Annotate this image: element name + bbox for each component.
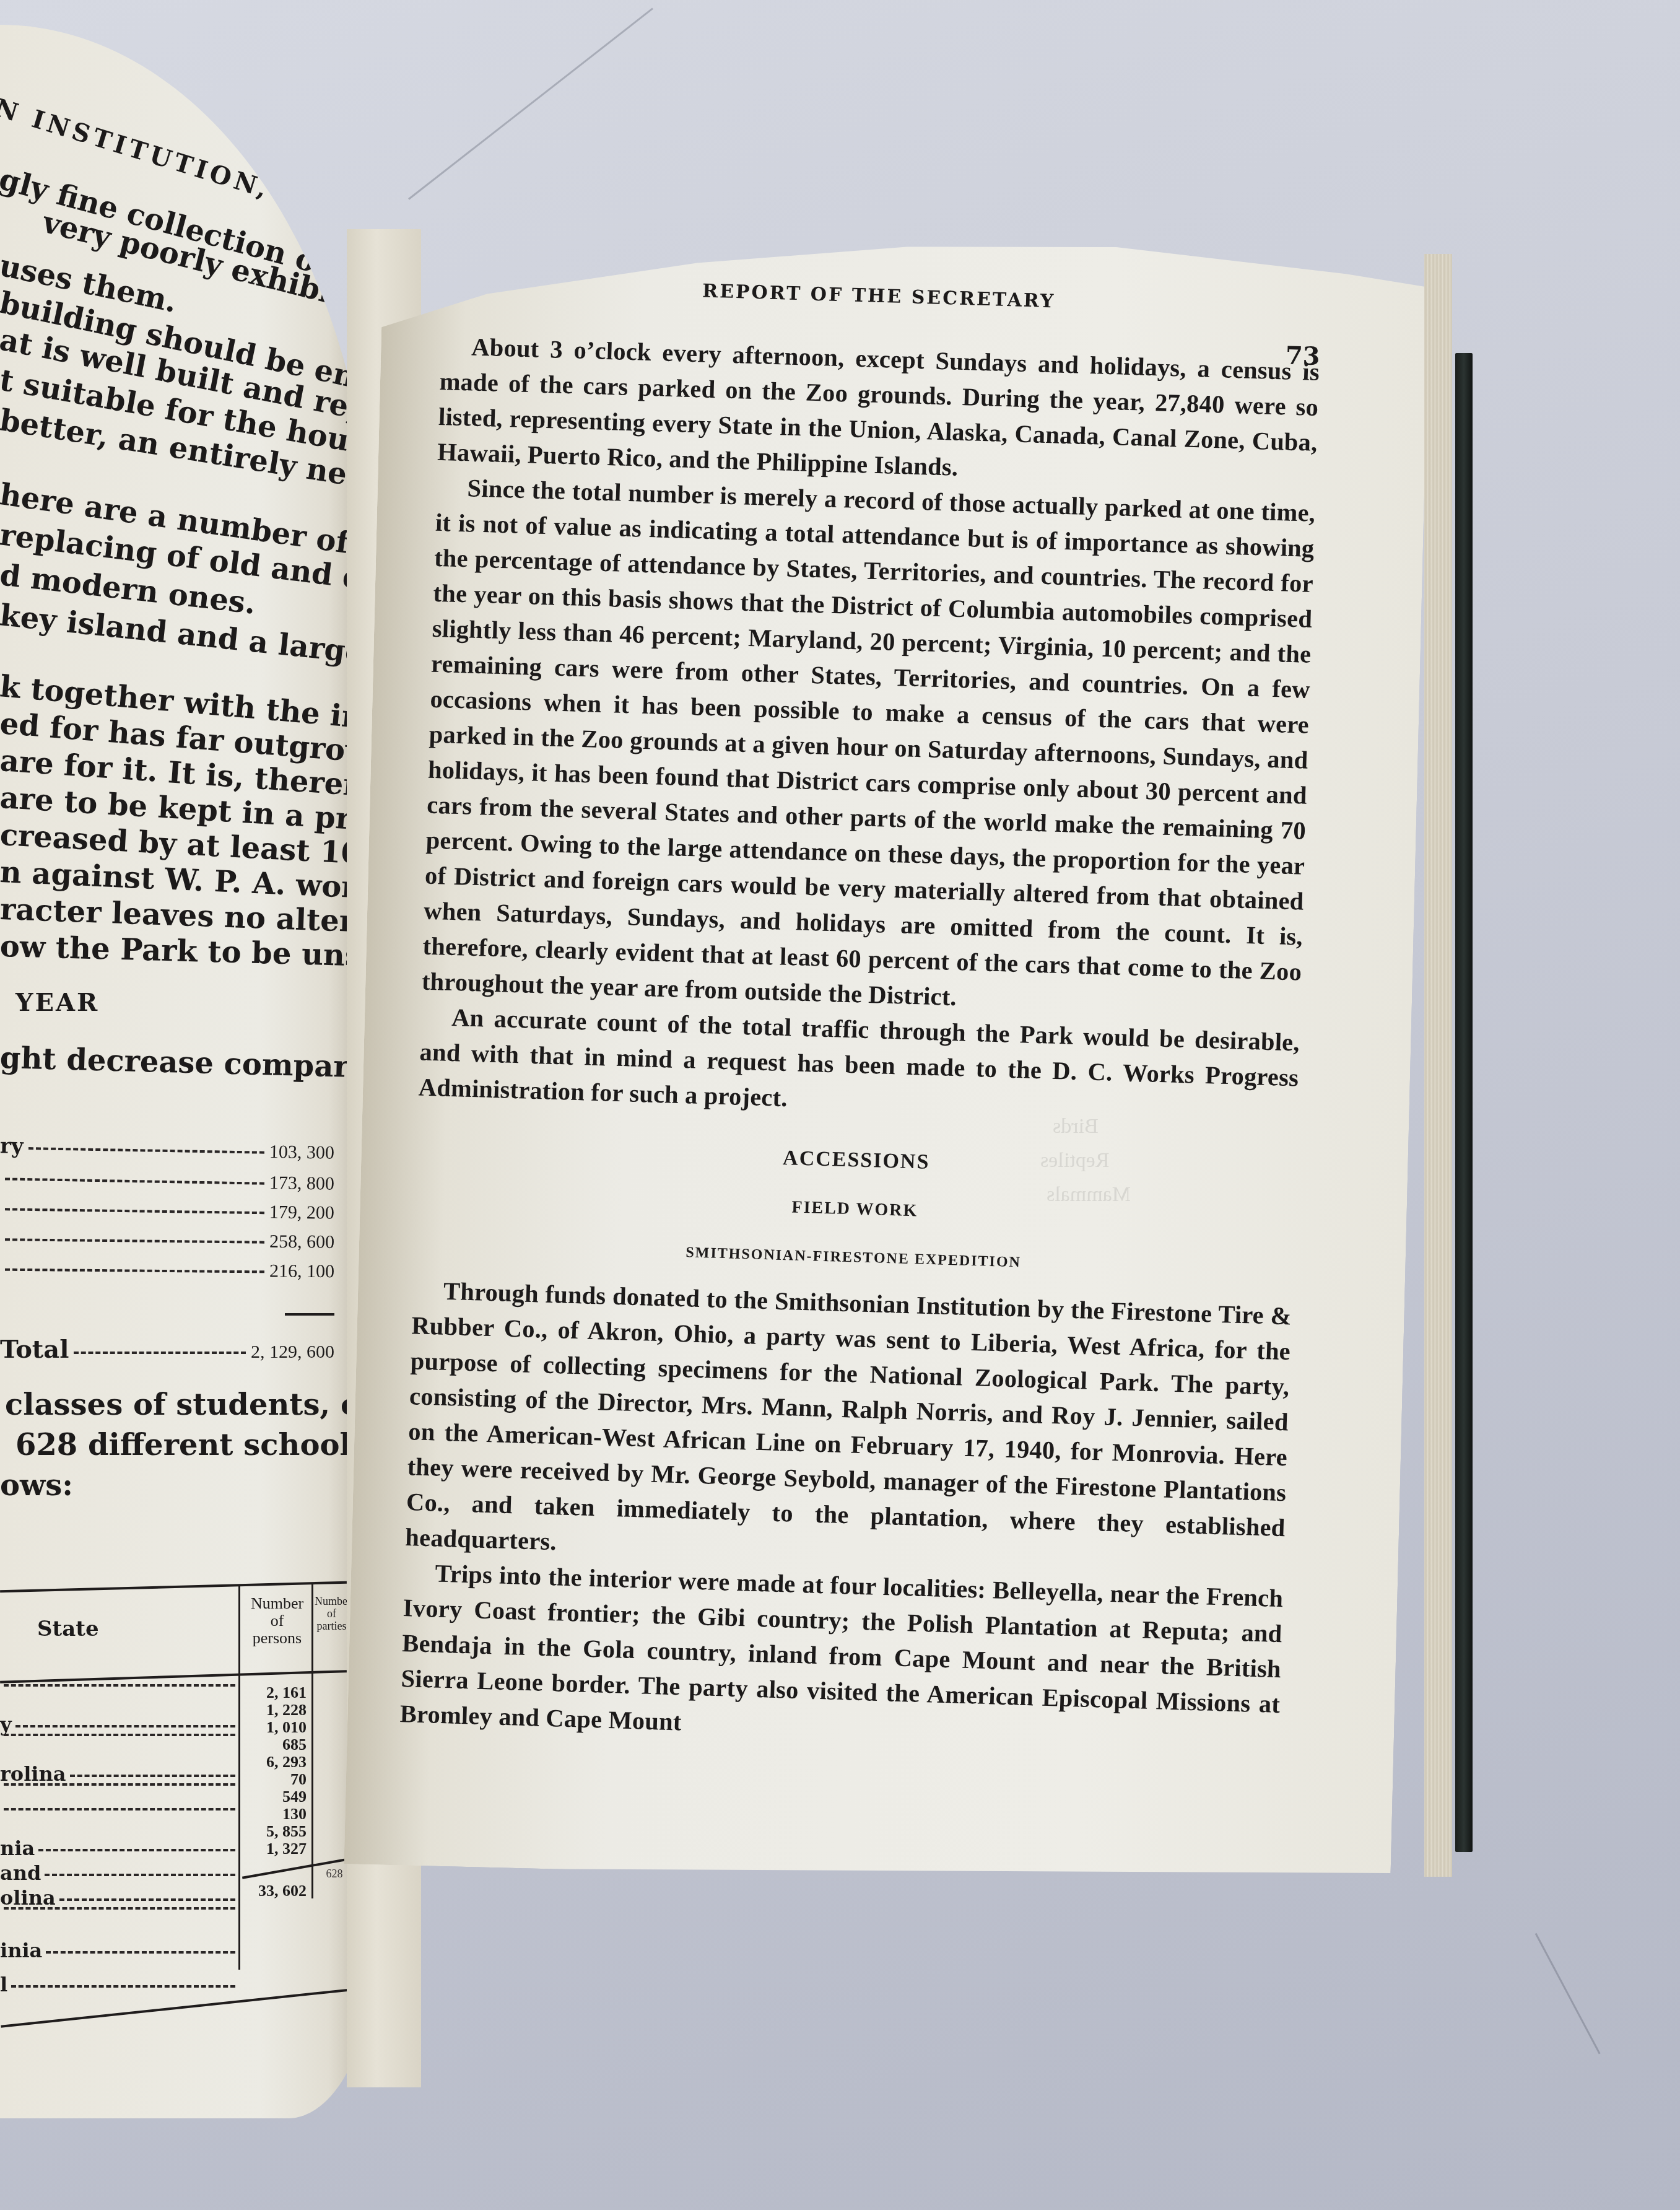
table-row: y <box>0 1713 235 1736</box>
attendance-row-value: 179, 200 <box>269 1202 334 1223</box>
book-cover-edge <box>1455 353 1473 1852</box>
left-section-heading: YEAR <box>15 988 99 1017</box>
state-name: and <box>0 1861 41 1885</box>
attendance-total-row: Total 2, 129, 600 <box>0 1335 334 1364</box>
persons-value: 1, 010 <box>245 1719 307 1736</box>
persons-value: 549 <box>245 1789 307 1805</box>
table-column-divider <box>238 1586 240 1970</box>
attendance-row: 179, 200 <box>0 1198 334 1224</box>
dot-leader <box>4 1783 235 1786</box>
attendance-row-label: ry <box>0 1133 24 1159</box>
attendance-total-value: 2, 129, 600 <box>251 1342 334 1363</box>
table-header-parties: Number of parties <box>315 1595 349 1632</box>
dot-leader <box>5 1238 264 1243</box>
state-table: State Number of persons Number of partie… <box>0 1561 359 1994</box>
persons-value: 70 <box>245 1771 307 1788</box>
table-row <box>0 1812 235 1814</box>
dot-leader <box>70 1775 235 1777</box>
persons-value: 1, 228 <box>245 1702 307 1718</box>
paragraph: Trips into the interior were made at fou… <box>399 1555 1284 1757</box>
subsection-heading: FIELD WORK <box>415 1178 1295 1239</box>
persons-value: 2, 161 <box>245 1685 307 1701</box>
dot-leader <box>4 1808 235 1810</box>
attendance-total-label: Total <box>0 1335 69 1364</box>
state-name: y <box>0 1713 12 1736</box>
persons-value: 6, 293 <box>245 1754 307 1770</box>
dot-leader <box>15 1725 235 1727</box>
state-total-label: l <box>0 1973 7 1996</box>
dot-leader <box>74 1352 246 1354</box>
dot-leader <box>5 1269 264 1273</box>
table-top-rule <box>0 1581 347 1593</box>
table-row: and <box>0 1861 235 1885</box>
left-text-line: ght decrease compared with <box>0 1041 372 1088</box>
table-row: rolina <box>0 1762 235 1786</box>
left-page: N INSTITUTION, 1940 gly fine collection … <box>0 25 372 2118</box>
state-name: inia <box>0 1939 42 1962</box>
paragraph: Through funds donated to the Smithsonian… <box>405 1272 1292 1581</box>
persons-value: 1, 327 <box>245 1841 307 1857</box>
table-header-persons: Number of persons <box>245 1595 310 1647</box>
dot-leader <box>5 1208 264 1214</box>
parties-total: 628 <box>322 1867 347 1880</box>
dot-leader <box>38 1849 235 1851</box>
table-header-rule <box>0 1670 347 1684</box>
dot-leader <box>11 1985 235 1988</box>
table-row: nia <box>0 1837 235 1860</box>
attendance-row-value: 216, 100 <box>269 1260 334 1282</box>
paragraph: Since the total number is merely a recor… <box>421 470 1316 1025</box>
persons-value: 130 <box>245 1806 307 1822</box>
dot-leader <box>4 1684 235 1687</box>
total-rule <box>285 1313 334 1316</box>
dot-leader <box>45 1874 235 1876</box>
persons-value: 685 <box>245 1737 307 1753</box>
dot-leader <box>5 1177 264 1184</box>
attendance-row: 173, 800 <box>0 1168 334 1194</box>
table-total-row: l <box>0 1973 235 1996</box>
body-text: About 3 o’clock every afternoon, except … <box>399 328 1320 1757</box>
left-text-line: 628 different schools in 21 <box>15 1428 372 1462</box>
table-row: inia <box>0 1939 235 1962</box>
state-name: nia <box>0 1837 35 1860</box>
persons-total: 33, 602 <box>245 1883 307 1899</box>
table-row <box>0 1688 235 1690</box>
section-heading: ACCESSIONS <box>416 1129 1296 1190</box>
dot-leader <box>4 1734 235 1736</box>
attendance-row-value: 103, 300 <box>269 1142 335 1164</box>
table-column-divider <box>311 1583 313 1898</box>
left-text-line: ows: <box>0 1468 73 1503</box>
page-stack-edge <box>1424 254 1452 1877</box>
dot-leader <box>4 1907 235 1910</box>
table-row <box>0 1787 235 1789</box>
attendance-row: 216, 100 <box>0 1259 334 1283</box>
attendance-row-value: 173, 800 <box>269 1173 335 1195</box>
persons-value: 5, 855 <box>245 1823 307 1840</box>
table-header-state: State <box>37 1617 99 1641</box>
table-row: olina <box>0 1886 235 1910</box>
state-name: rolina <box>0 1762 66 1786</box>
table-row <box>0 1737 235 1740</box>
dot-leader <box>46 1951 235 1954</box>
dot-leader <box>59 1898 235 1901</box>
attendance-row: ry 103, 300 <box>0 1133 334 1164</box>
paragraph: About 3 o’clock every afternoon, except … <box>437 328 1320 496</box>
table-row <box>0 1911 235 1913</box>
state-name: olina <box>0 1886 56 1910</box>
left-text-line: classes of students, of which <box>5 1387 372 1422</box>
attendance-row-value: 258, 600 <box>269 1231 334 1253</box>
attendance-row: 258, 600 <box>0 1228 334 1253</box>
dot-leader <box>28 1147 264 1154</box>
